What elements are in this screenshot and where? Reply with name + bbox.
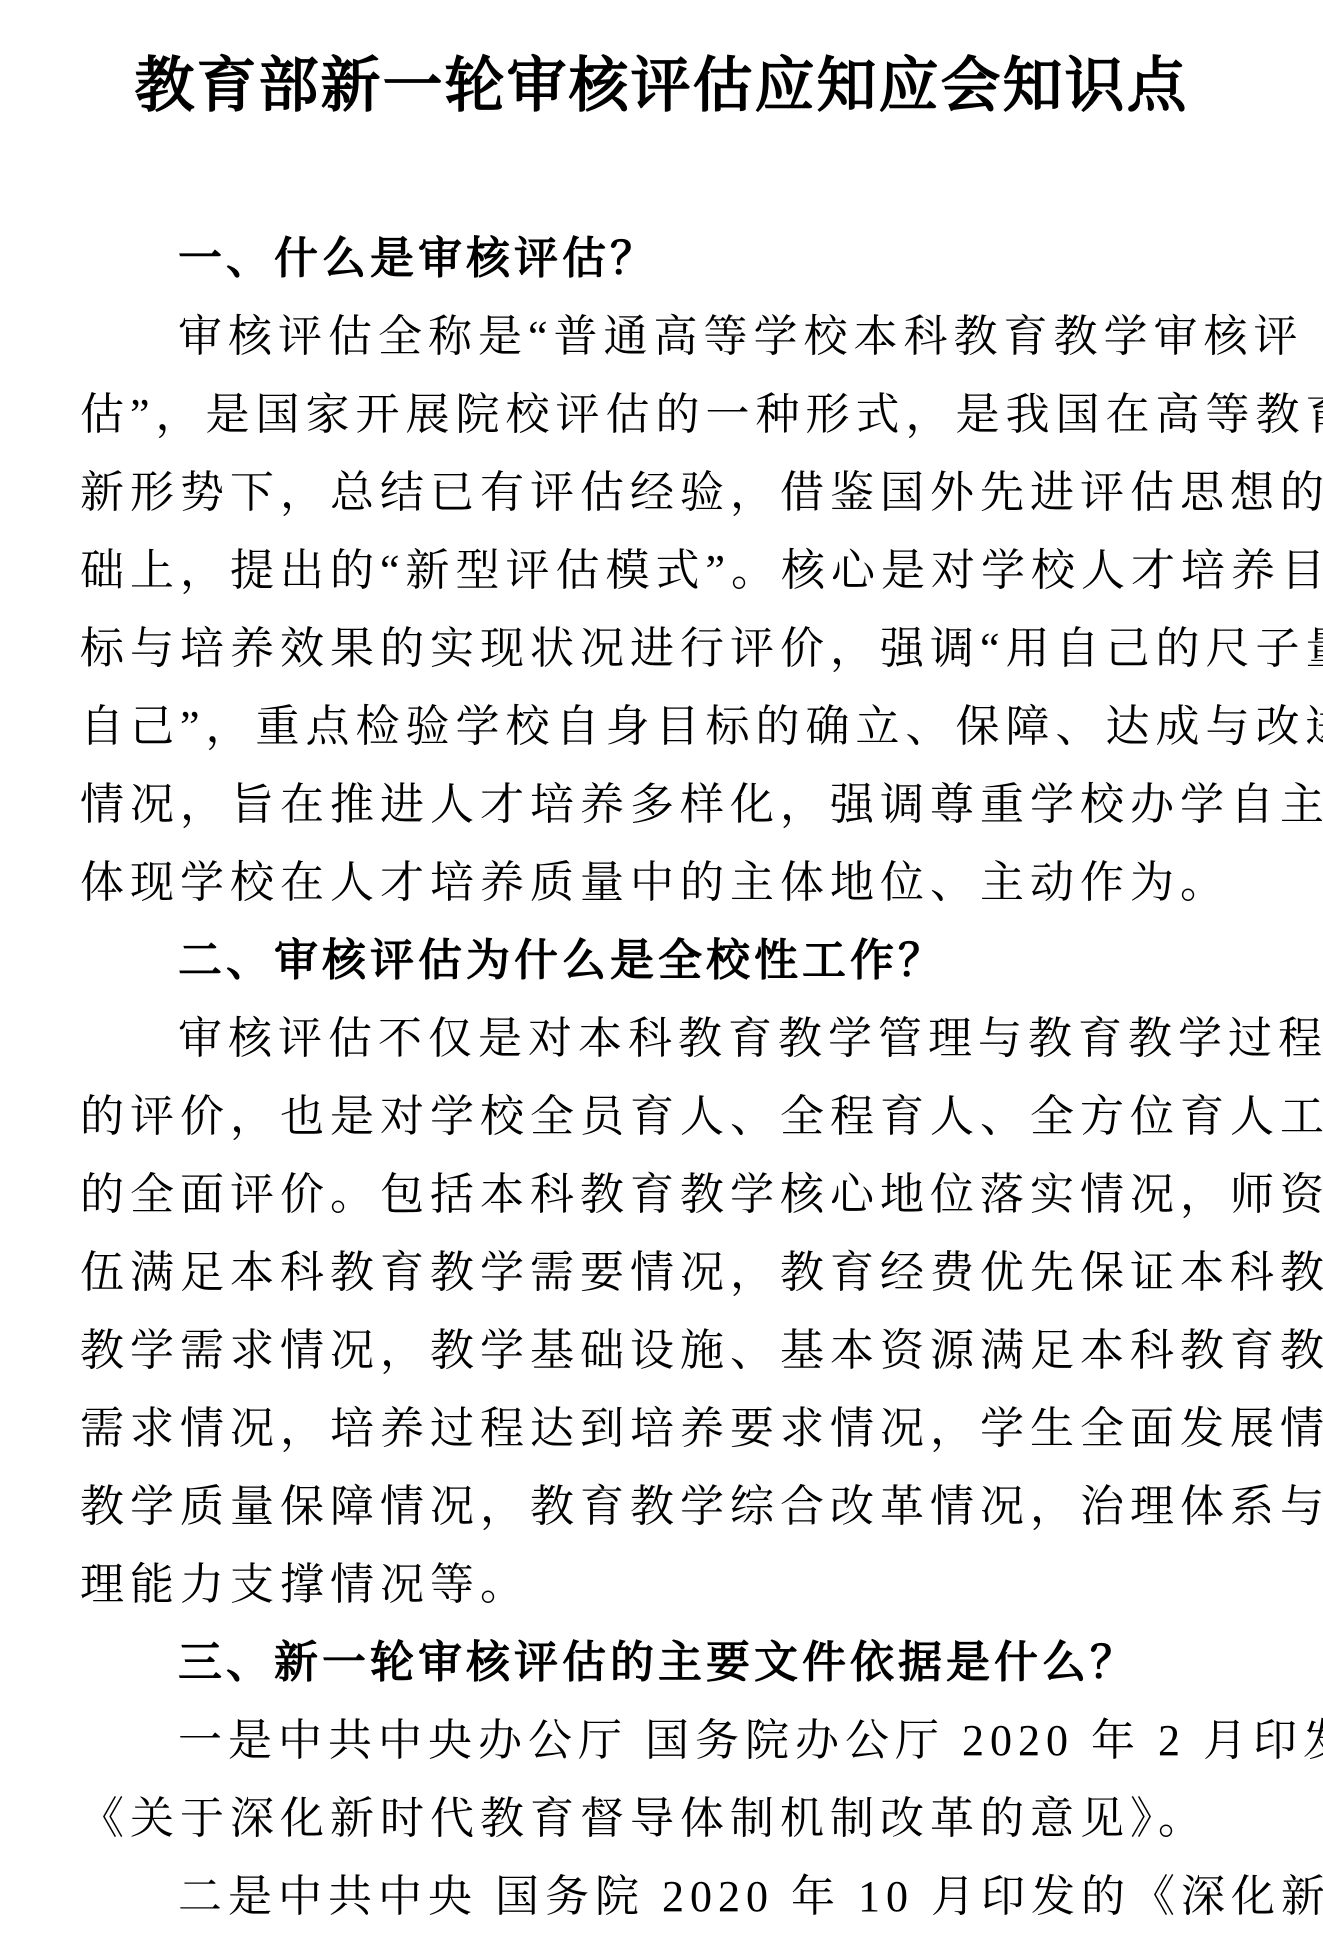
text-line: 审核评估不仅是对本科教育教学管理与教育教学过程 — [80, 1000, 1243, 1078]
text-line: 理能力支撑情况等。 — [80, 1546, 1243, 1624]
text-line: 的评价，也是对学校全员育人、全程育人、全方位育人工作 — [80, 1078, 1243, 1156]
text-line: 《关于深化新时代教育督导体制机制改革的意见》。 — [80, 1780, 1243, 1858]
text-line: 标与培养效果的实现状况进行评价，强调“用自己的尺子量 — [80, 610, 1243, 688]
text-line: 一是中共中央办公厅 国务院办公厅 2020 年 2 月印发的 — [80, 1702, 1243, 1780]
text-line: 的全面评价。包括本科教育教学核心地位落实情况，师资队 — [80, 1156, 1243, 1234]
text-line: 审核评估全称是“普通高等学校本科教育教学审核评 — [80, 298, 1243, 376]
document-content: 教育部新一轮审核评估应知应会知识点 一、什么是审核评估？ 审核评估全称是“普通高… — [0, 48, 1323, 1936]
page-title: 教育部新一轮审核评估应知应会知识点 — [80, 48, 1243, 124]
text-line: 体现学校在人才培养质量中的主体地位、主动作为。 — [80, 844, 1243, 922]
text-line: 估”，是国家开展院校评估的一种形式，是我国在高等教育 — [80, 376, 1243, 454]
text-line: 情况，旨在推进人才培养多样化，强调尊重学校办学自主权， — [80, 766, 1243, 844]
section-3-paragraph-1: 一是中共中央办公厅 国务院办公厅 2020 年 2 月印发的 《关于深化新时代教… — [80, 1702, 1243, 1858]
section-3-paragraph-2: 二是中共中央 国务院 2020 年 10 月印发的《深化新时 — [80, 1858, 1243, 1936]
section-heading-2: 二、审核评估为什么是全校性工作？ — [80, 922, 1243, 1000]
section-heading-3: 三、新一轮审核评估的主要文件依据是什么？ — [80, 1624, 1243, 1702]
document-page: 教育部新一轮审核评估应知应会知识点 一、什么是审核评估？ 审核评估全称是“普通高… — [0, 0, 1323, 1937]
text-line: 伍满足本科教育教学需要情况，教育经费优先保证本科教育 — [80, 1234, 1243, 1312]
section-2-paragraph-1: 审核评估不仅是对本科教育教学管理与教育教学过程 的评价，也是对学校全员育人、全程… — [80, 1000, 1243, 1624]
text-line: 新形势下，总结已有评估经验，借鉴国外先进评估思想的基 — [80, 454, 1243, 532]
text-line: 教学需求情况，教学基础设施、基本资源满足本科教育教学 — [80, 1312, 1243, 1390]
section-1-paragraph-1: 审核评估全称是“普通高等学校本科教育教学审核评 估”，是国家开展院校评估的一种形… — [80, 298, 1243, 922]
text-line: 二是中共中央 国务院 2020 年 10 月印发的《深化新时 — [80, 1858, 1243, 1936]
text-line: 础上，提出的“新型评估模式”。核心是对学校人才培养目 — [80, 532, 1243, 610]
text-line: 需求情况，培养过程达到培养要求情况，学生全面发展情况， — [80, 1390, 1243, 1468]
text-line: 自己”，重点检验学校自身目标的确立、保障、达成与改进 — [80, 688, 1243, 766]
section-heading-1: 一、什么是审核评估？ — [80, 220, 1243, 298]
text-line: 教学质量保障情况，教育教学综合改革情况，治理体系与治 — [80, 1468, 1243, 1546]
